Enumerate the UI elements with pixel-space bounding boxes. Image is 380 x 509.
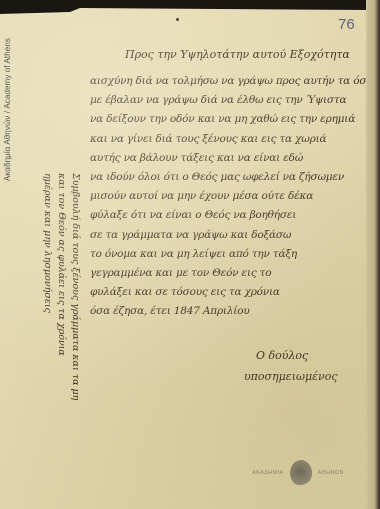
letter-signature: υποσημειωμένος [244,370,338,383]
margin-note-line: Συμβουλή διά τους ξένους γράμματα και τα… [70,173,81,400]
body-line: το όνομα και να μη λείψει από την τάξη [90,245,373,264]
body-line: όσα έζησα, έτει 1847 Απριλίου [90,302,373,321]
manuscript-page: Ακαδημία Αθηνών / Academy of Athens 76 Π… [0,8,366,509]
body-line: αυτής να βάλουν τάξεις και να είναι εδώ [90,149,373,168]
letter-heading: Προς την Υψηλοτάτην αυτού Εξοχότητα [125,48,350,61]
page-edge [366,0,380,509]
body-line: φύλαξε ότι να είναι ο Θεός να βοηθήσει [90,206,373,225]
body-line: γεγραμμένα και με τον Θεόν εις το [90,264,373,283]
body-line: με έβαλαν να γράψω διά να έλθω εις την Ύ… [90,91,373,110]
body-line: να ιδούν όλοι ότι ο Θεός μας ωφελεί να ζ… [90,168,373,187]
body-line: μισούν αυτοί να μην έχουν μέσα ούτε δέκα [90,187,373,206]
stamp-left-text: ΑΚΑΔΗΜΙΑ [252,470,284,476]
body-line: φυλάξει και σε τόσους εις τα χρόνια [90,283,373,302]
margin-note-line: και τον Θεόν ας φυλάει εις τα χρόνια [56,173,67,356]
body-line: να δείξουν την οδόν και να μη χαθώ εις τ… [90,110,373,129]
body-line: και να γίνει διά τους ξένους και εις τα … [90,130,373,149]
page-number: 76 [338,16,355,33]
body-line: αισχύνη διά να τολμήσω να γράψω προς αυτ… [90,72,373,91]
academy-stamp: ΑΚΑΔΗΜΙΑ ΑΘΗΝΩΝ [252,460,344,486]
ink-dot [176,18,179,21]
margin-note-line: ημέραν και μην λησμονήσεις [42,173,53,313]
athena-head-emblem-icon [290,460,312,486]
letter-body: αισχύνη διά να τολμήσω να γράψω προς αυτ… [90,72,373,322]
body-line: σε τα γράμματα να γράψω και δοξάσω [90,226,373,245]
margin-note: Συμβουλή διά τους ξένους γράμματα και τα… [40,173,82,400]
stamp-right-text: ΑΘΗΝΩΝ [318,470,344,476]
letter-closing: Ο δούλος [256,349,308,362]
archive-watermark: Ακαδημία Αθηνών / Academy of Athens [3,38,12,181]
